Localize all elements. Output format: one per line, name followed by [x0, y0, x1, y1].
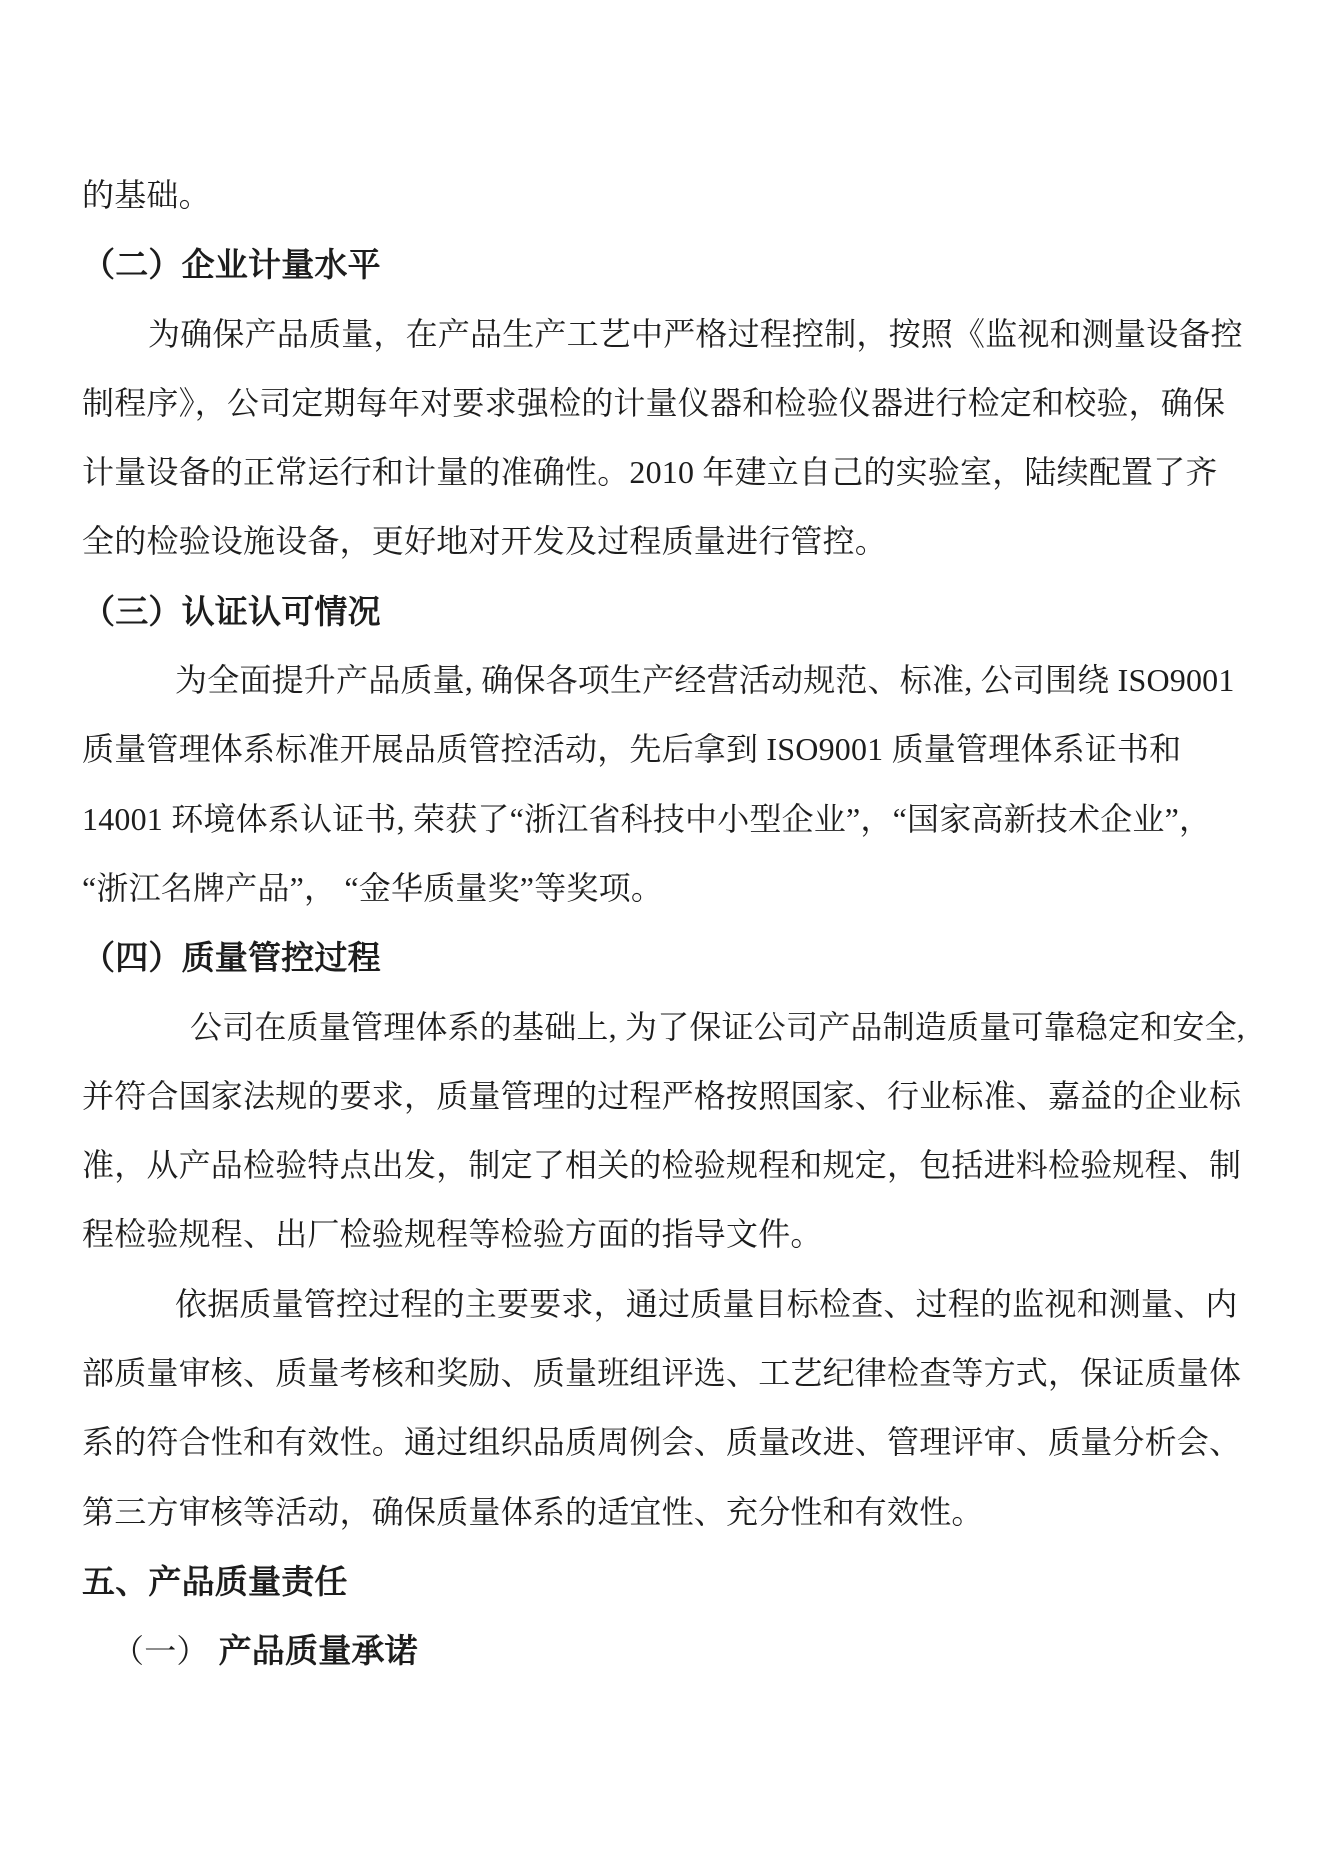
- paragraph-line: 依据质量管控过程的主要要求，通过质量目标检查、过程的监视和测量、内: [82, 1270, 1239, 1339]
- text-line: 的基础。: [82, 161, 1239, 230]
- paragraph-line: 全的检验设施设备，更好地对开发及过程质量进行管控。: [82, 507, 1239, 576]
- paragraph-line: 准，从产品检验特点出发，制定了相关的检验规程和规定，包括进料检验规程、制: [82, 1131, 1239, 1200]
- paragraph-line: 为确保产品质量，在产品生产工艺中严格过程控制，按照《监视和测量设备控: [82, 300, 1239, 369]
- paragraph-line: “浙江名牌产品”， “金华质量奖”等奖项。: [82, 854, 1239, 923]
- paragraph-line: 为全面提升产品质量, 确保各项生产经营活动规范、标准, 公司围绕 ISO9001: [82, 646, 1239, 715]
- subsection-number: （一）: [112, 1633, 209, 1669]
- chapter-heading: 五、产品质量责任: [82, 1547, 1239, 1616]
- section-heading-4: （四）质量管控过程: [82, 923, 1239, 992]
- paragraph-line: 公司在质量管理体系的基础上, 为了保证公司产品制造质量可靠稳定和安全,: [82, 993, 1239, 1062]
- document-page: 的基础。 （二）企业计量水平 为确保产品质量，在产品生产工艺中严格过程控制，按照…: [0, 0, 1323, 1871]
- paragraph-line: 系的符合性和有效性。通过组织品质周例会、质量改进、管理评审、质量分析会、: [82, 1408, 1239, 1477]
- paragraph-line: 制程序》，公司定期每年对要求强检的计量仪器和检验仪器进行检定和校验，确保: [82, 369, 1239, 438]
- subsection-heading: （一）产品质量承诺: [82, 1616, 1239, 1685]
- paragraph-line: 第三方审核等活动，确保质量体系的适宜性、充分性和有效性。: [82, 1478, 1239, 1547]
- paragraph-line: 计量设备的正常运行和计量的准确性。2010 年建立自己的实验室，陆续配置了齐: [82, 438, 1239, 507]
- subsection-title: 产品质量承诺: [219, 1632, 418, 1669]
- paragraph-line: 程检验规程、出厂检验规程等检验方面的指导文件。: [82, 1200, 1239, 1269]
- section-heading-2: （二）企业计量水平: [82, 230, 1239, 299]
- paragraph-line: 14001 环境体系认证书, 荣获了“浙江省科技中小型企业”，“国家高新技术企业…: [82, 785, 1239, 854]
- section-heading-3: （三）认证认可情况: [82, 577, 1239, 646]
- paragraph-line: 部质量审核、质量考核和奖励、质量班组评选、工艺纪律检查等方式，保证质量体: [82, 1339, 1239, 1408]
- paragraph-line: 并符合国家法规的要求，质量管理的过程严格按照国家、行业标准、嘉益的企业标: [82, 1062, 1239, 1131]
- paragraph-line: 质量管理体系标准开展品质管控活动，先后拿到 ISO9001 质量管理体系证书和: [82, 715, 1239, 784]
